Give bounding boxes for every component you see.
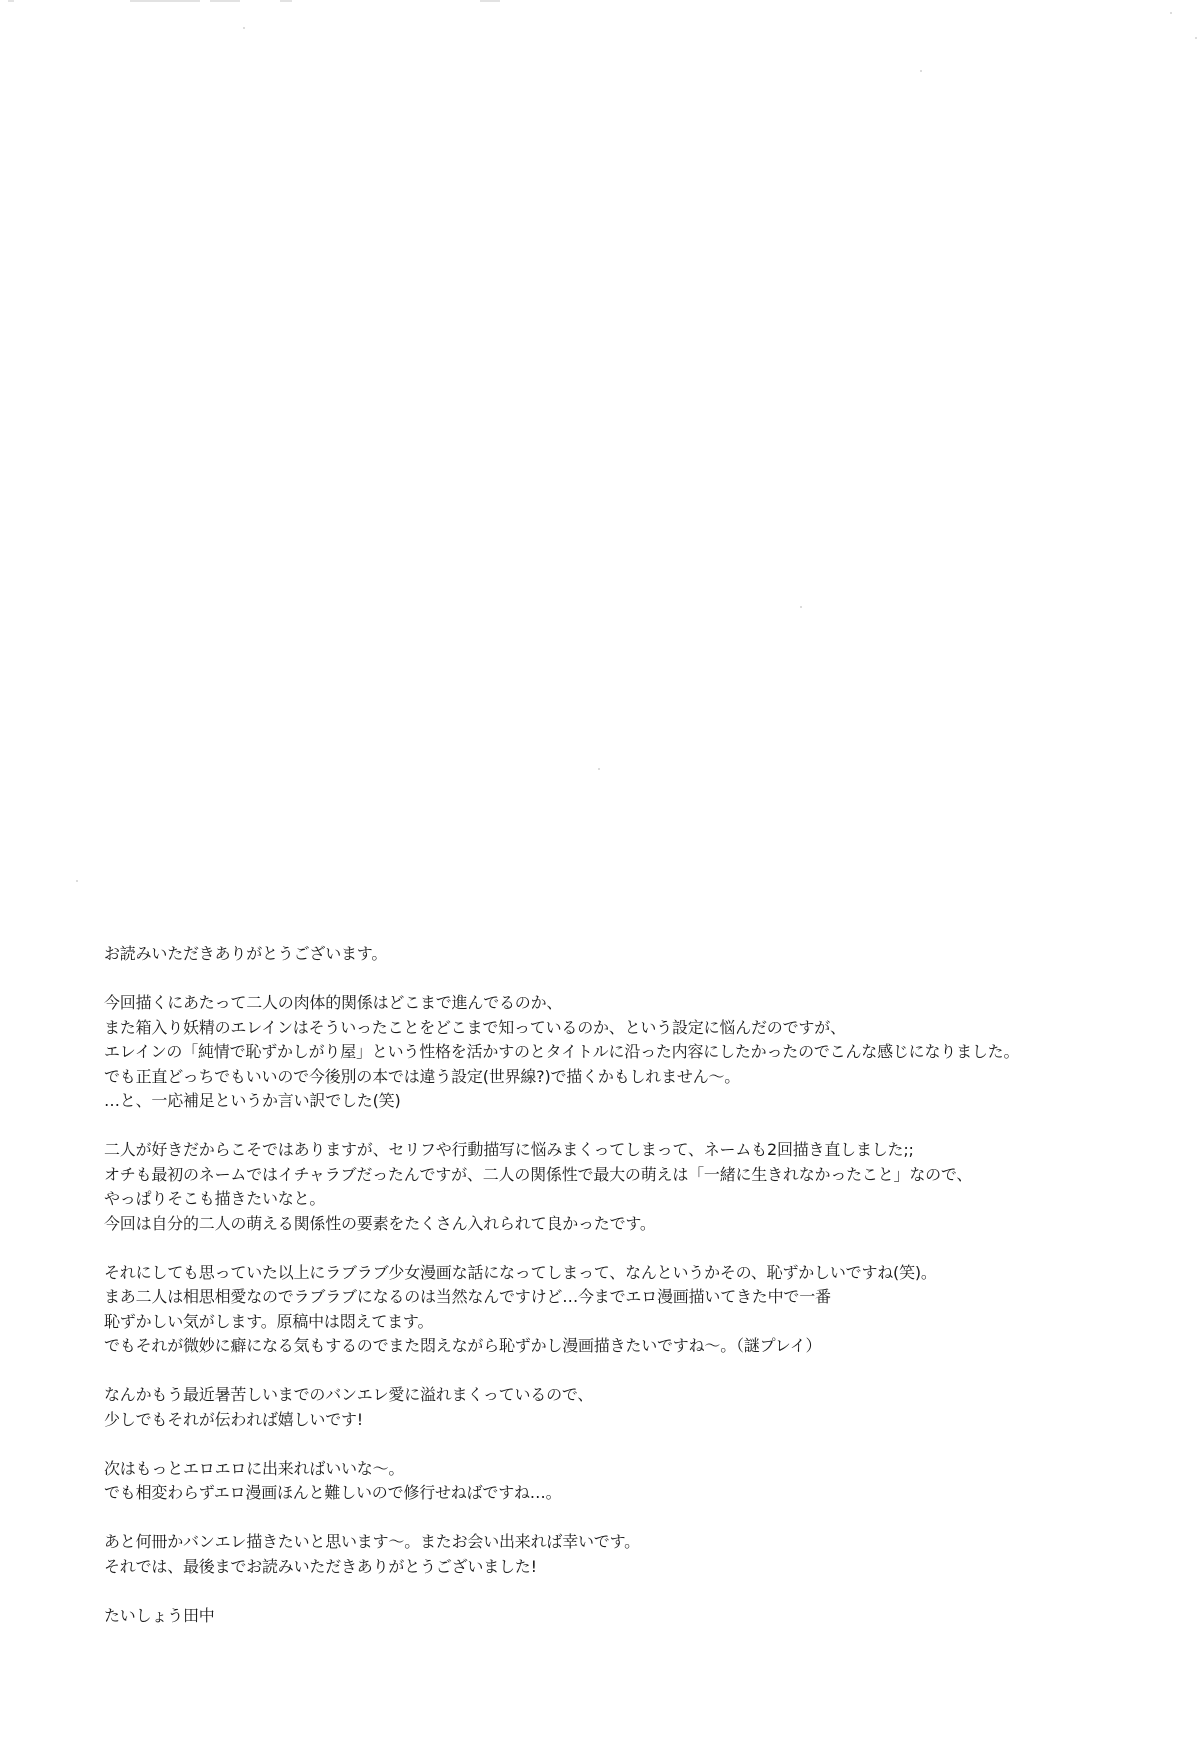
text-line: エレインの「純情で恥ずかしがり屋」という性格を活かすのとタイトルに沿った内容にし…: [104, 1040, 1104, 1065]
paragraph-process: 二人が好きだからこそではありますが、セリフや行動描写に悩みまくってしまって、ネー…: [104, 1138, 1104, 1236]
scan-speck: [243, 27, 245, 29]
scan-mark: [8, 0, 14, 2]
scan-speck: [76, 880, 78, 882]
scan-mark: [280, 0, 292, 2]
author-signature: たいしょう田中: [104, 1604, 1104, 1629]
text-line: でもそれが微妙に癖になる気もするのでまた悶えながら恥ずかし漫画描きたいですね～。…: [104, 1334, 1104, 1359]
text-line: でも相変わらずエロ漫画ほんと難しいので修行せねばですね…。: [104, 1481, 1104, 1506]
text-line: あと何冊かバンエレ描きたいと思います～。またお会い出来れば幸いです。: [104, 1530, 1104, 1555]
text-line: 今回描くにあたって二人の肉体的関係はどこまで進んでるのか、: [104, 991, 1104, 1016]
afterword-text: お読みいただきありがとうございます。 今回描くにあたって二人の肉体的関係はどこま…: [104, 942, 1104, 1653]
scan-speck: [598, 768, 600, 770]
scan-speck: [1195, 37, 1197, 39]
text-line: 少しでもそれが伝われば嬉しいです!: [104, 1408, 1104, 1433]
scan-mark: [130, 0, 200, 2]
text-line: また箱入り妖精のエレインはそういったことをどこまで知っているのか、という設定に悩…: [104, 1016, 1104, 1041]
text-line: まあ二人は相思相愛なのでラブラブになるのは当然なんですけど…今までエロ漫画描いて…: [104, 1285, 1104, 1310]
paragraph-setting: 今回描くにあたって二人の肉体的関係はどこまで進んでるのか、 また箱入り妖精のエレ…: [104, 991, 1104, 1114]
text-line: オチも最初のネームではイチャラブだったんですが、二人の関係性で最大の萌えは「一緒…: [104, 1163, 1104, 1188]
scan-speck: [800, 606, 802, 608]
scanned-page: お読みいただきありがとうございます。 今回描くにあたって二人の肉体的関係はどこま…: [0, 0, 1200, 1762]
paragraph-next: 次はもっとエロエロに出来ればいいな～。 でも相変わらずエロ漫画ほんと難しいので修…: [104, 1457, 1104, 1506]
paragraph-closing: あと何冊かバンエレ描きたいと思います～。またお会い出来れば幸いです。 それでは、…: [104, 1530, 1104, 1579]
text-line: 恥ずかしい気がします。原稿中は悶えてます。: [104, 1310, 1104, 1335]
text-line: お読みいただきありがとうございます。: [104, 942, 1104, 967]
scan-speck: [1170, 12, 1172, 14]
scan-bleed-artifacts: [0, 0, 1200, 6]
text-line: 次はもっとエロエロに出来ればいいな～。: [104, 1457, 1104, 1482]
scan-speck: [920, 70, 922, 72]
text-line: それでは、最後までお読みいただきありがとうございました!: [104, 1555, 1104, 1580]
paragraph-love: なんかもう最近暑苦しいまでのバンエレ愛に溢れまくっているので、 少しでもそれが伝…: [104, 1383, 1104, 1432]
signature-text: たいしょう田中: [104, 1604, 1104, 1629]
scan-mark: [210, 0, 240, 2]
text-line: それにしても思っていた以上にラブラブ少女漫画な話になってしまって、なんというかそ…: [104, 1261, 1104, 1286]
text-line: 二人が好きだからこそではありますが、セリフや行動描写に悩みまくってしまって、ネー…: [104, 1138, 1104, 1163]
paragraph-reflection: それにしても思っていた以上にラブラブ少女漫画な話になってしまって、なんというかそ…: [104, 1261, 1104, 1359]
text-line: なんかもう最近暑苦しいまでのバンエレ愛に溢れまくっているので、: [104, 1383, 1104, 1408]
text-line: でも正直どっちでもいいので今後別の本では違う設定(世界線?)で描くかもしれません…: [104, 1065, 1104, 1090]
paragraph-greeting: お読みいただきありがとうございます。: [104, 942, 1104, 967]
text-line: やっぱりそこも描きたいなと。: [104, 1187, 1104, 1212]
text-line: …と、一応補足というか言い訳でした(笑): [104, 1089, 1104, 1114]
scan-mark: [480, 0, 500, 2]
text-line: 今回は自分的二人の萌える関係性の要素をたくさん入れられて良かったです。: [104, 1212, 1104, 1237]
